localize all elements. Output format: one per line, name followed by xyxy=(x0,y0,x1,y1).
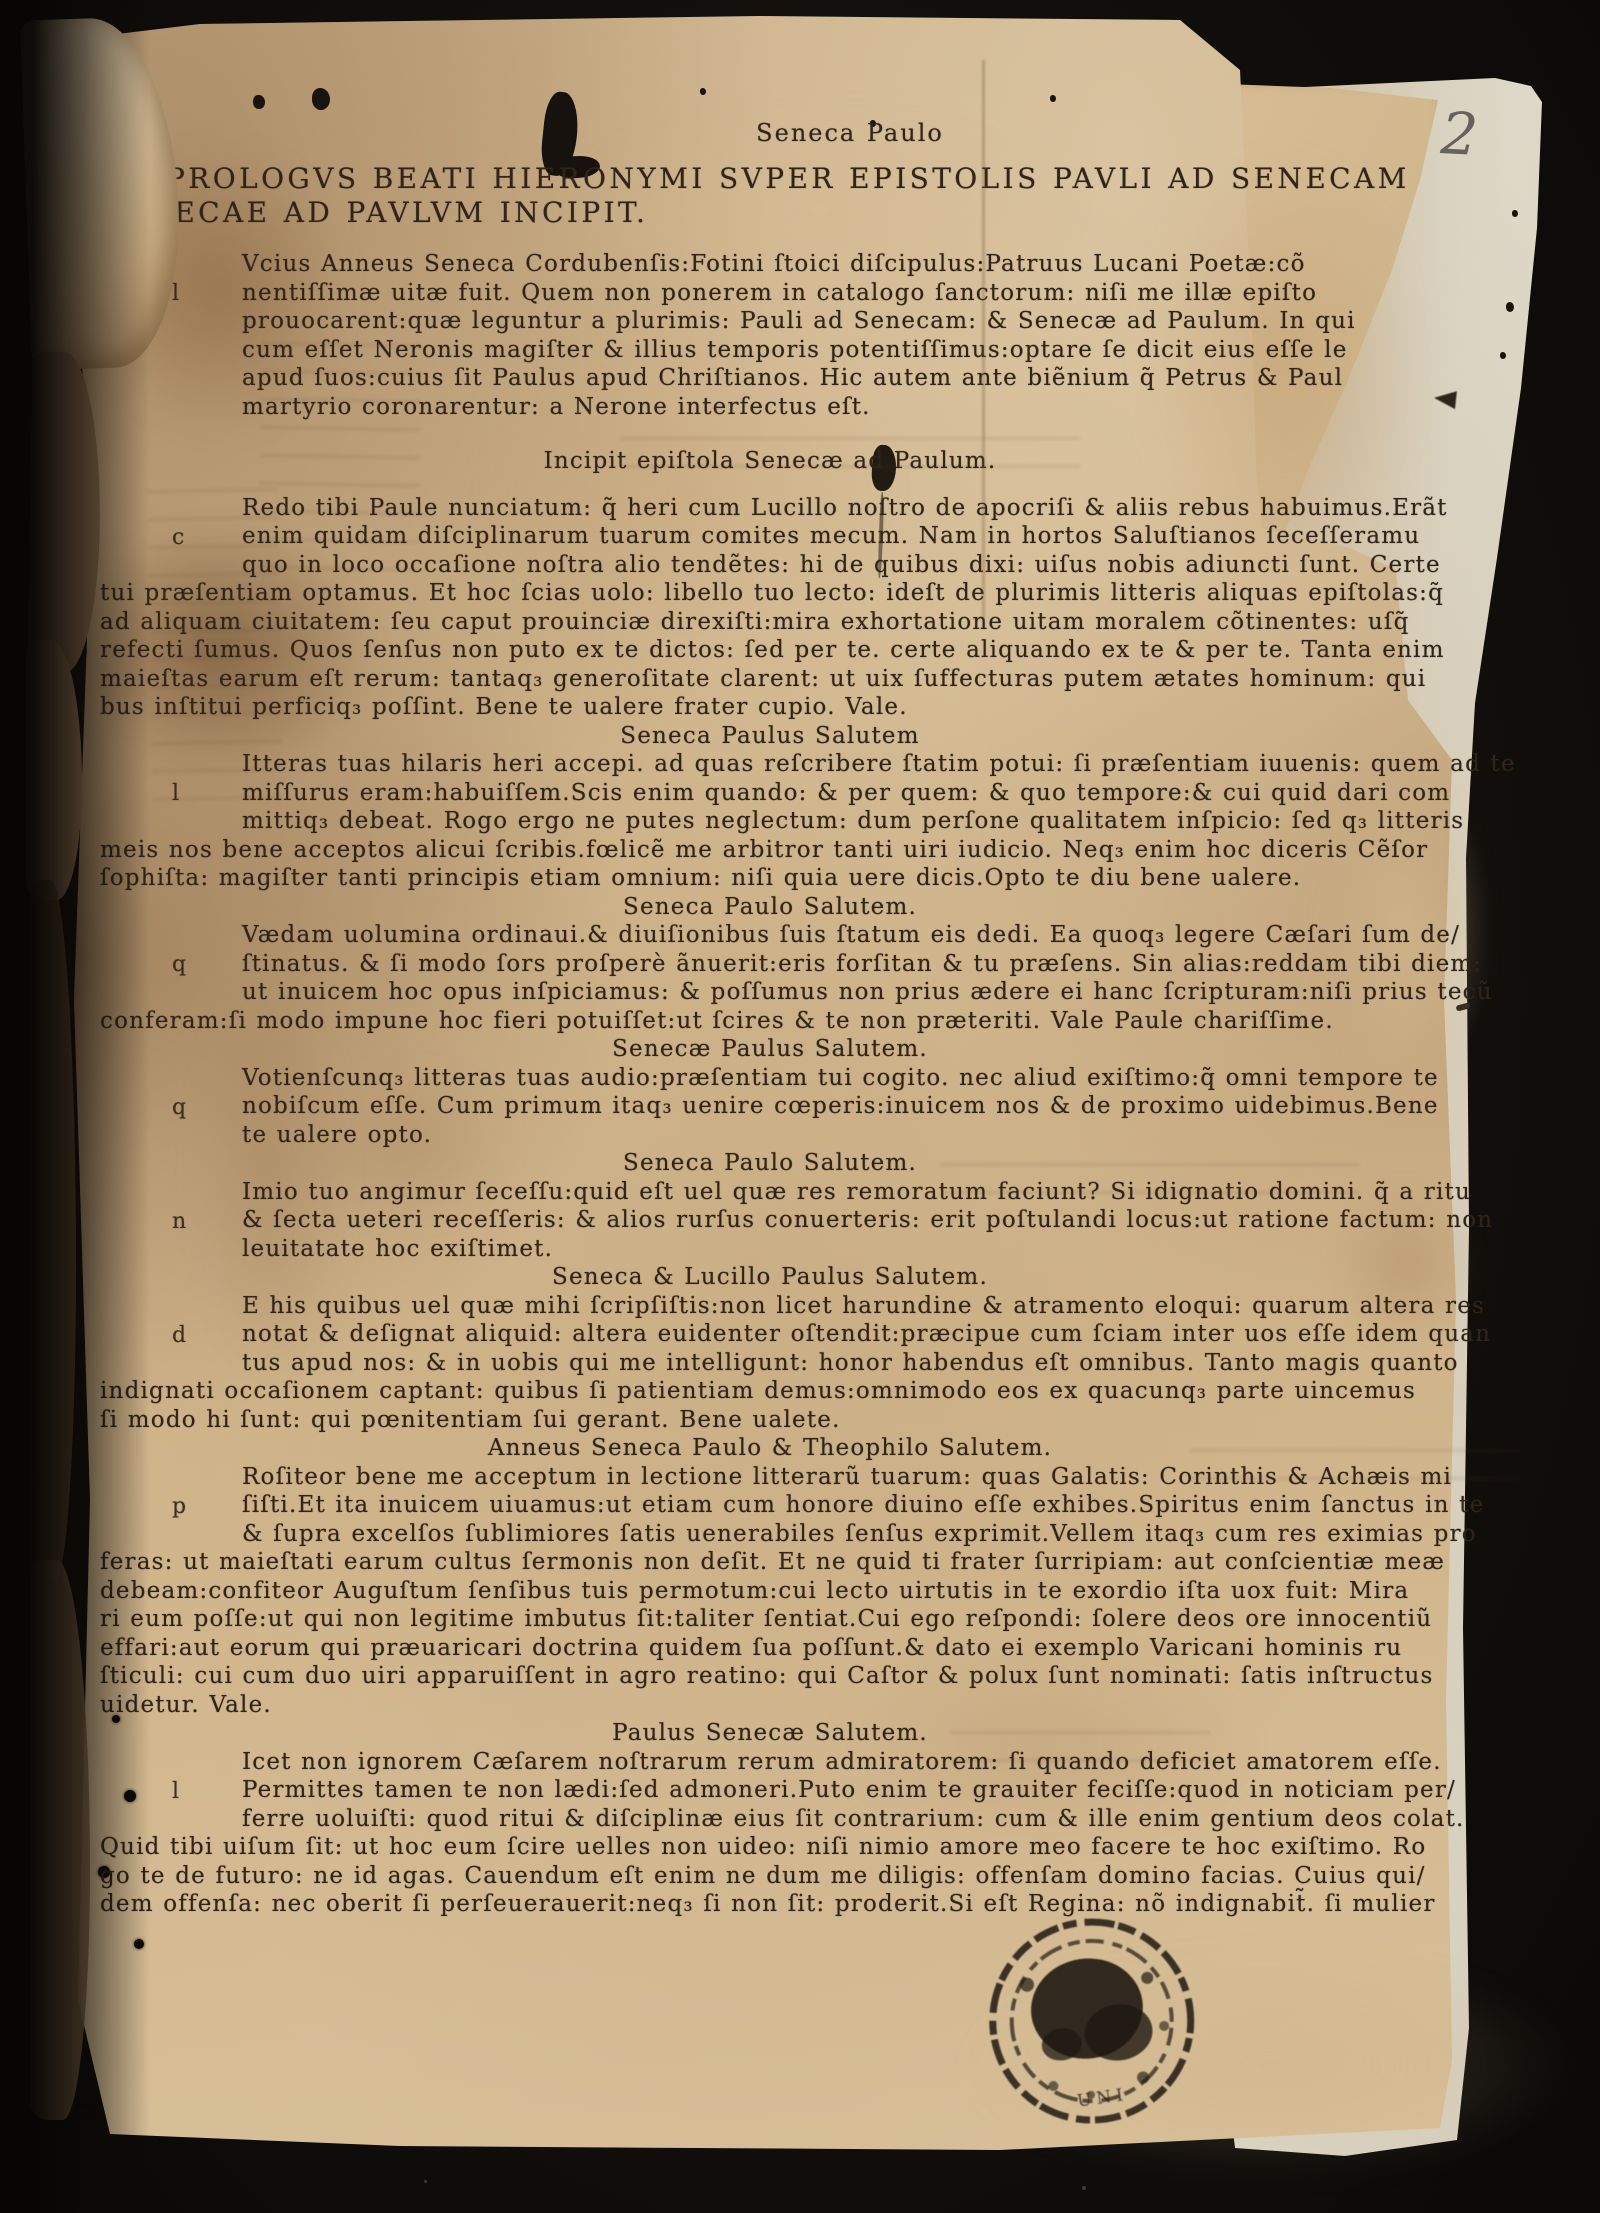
section-heading: Seneca Paulo Salutem. xyxy=(100,893,1440,922)
text-line: go te de futuro: ne id agas. Cauendum eſ… xyxy=(100,1862,1440,1891)
text-block: Seneca Paulo PROLOGVS BEATI HIERONYMI SV… xyxy=(100,118,1440,1919)
text-line: Quid tibi uiſum ſit: ut hoc eum ſcire ue… xyxy=(100,1833,1440,1862)
text-line: meis nos bene acceptos alicui ſcribis.fœ… xyxy=(100,836,1440,865)
section-heading: Seneca & Lucillo Paulus Salutem. xyxy=(100,1263,1440,1292)
guide-letter: p xyxy=(172,1493,187,1522)
text-line: miſſurus eram:habuiſſem.Scis enim quando… xyxy=(242,779,1440,808)
text-line: nobiſcum eſſe. Cum primum itaq₃ uenire c… xyxy=(242,1092,1440,1121)
text-line: nentiſſimæ uitæ fuit. Quem non ponerem i… xyxy=(242,279,1440,308)
text-line: mittiq₃ debeat. Rogo ergo ne putes negle… xyxy=(242,807,1440,836)
guide-letter: q xyxy=(172,951,187,980)
guide-letter: c xyxy=(172,524,186,553)
prologue-title: PROLOGVS BEATI HIERONYMI SVPER EPISTOLIS… xyxy=(100,162,1440,230)
worm-hole xyxy=(80,2106,90,2116)
guide-letter: q xyxy=(172,1094,187,1123)
text-line: prouocarent:quæ leguntur a plurimis: Pau… xyxy=(242,307,1440,336)
ink-speck xyxy=(253,95,265,109)
text-line: ut inuicem hoc opus inſpiciamus: & poſſu… xyxy=(242,978,1440,1007)
guide-letter: n xyxy=(172,1208,187,1237)
text-line: conferam:ſi modo impune hoc fieri potuiſ… xyxy=(100,1007,1440,1036)
text-line: leuitatate hoc exiſtimet. xyxy=(242,1235,1440,1264)
paragraph: qVædam uolumina ordinaui.& diuiſionibus … xyxy=(100,921,1440,1035)
section-heading: Incipit epiſtola Senecæ ad Paulum. xyxy=(100,447,1440,476)
library-ink-stamp: UNI xyxy=(971,1902,1213,2144)
text-line: Votienſcunq₃ litteras tuas audio:præſent… xyxy=(242,1064,1440,1093)
paragraph: cRedo tibi Paule nunciatum: q̃ heri cum … xyxy=(100,494,1440,722)
section-heading: Seneca Paulo Salutem. xyxy=(100,1149,1440,1178)
text-line: Vcius Anneus Seneca Cordubenſis:Fotini ſ… xyxy=(242,250,1440,279)
manuscript-scan: 2 Seneca Paulo PROLOGVS BEATI HIERONYMI … xyxy=(0,0,1600,2213)
ink-speck xyxy=(312,88,330,110)
text-line: dem offenſa: nec oberit ſi perſeueraueri… xyxy=(100,1890,1440,1919)
section-heading: Senecæ Paulus Salutem. xyxy=(100,1035,1440,1064)
ink-speck xyxy=(1512,210,1518,217)
text-line: cum eſſet Neronis magiſter & illius temp… xyxy=(242,336,1440,365)
paragraph: lVcius Anneus Seneca Cordubenſis:Fotini … xyxy=(100,250,1440,421)
paragraph: qVotienſcunq₃ litteras tuas audio:præſen… xyxy=(100,1064,1440,1150)
section-heading: Seneca Paulus Salutem xyxy=(100,722,1440,751)
text-line: effari:aut eorum qui præuaricari doctrin… xyxy=(100,1634,1440,1663)
paragraph: dE his quibus uel quæ mihi ſcripſiſtis:n… xyxy=(100,1292,1440,1435)
text-line: enim quidam diſciplinarum tuarum comites… xyxy=(242,522,1440,551)
text-line: ſtinatus. & ſi modo ſors proſperè ãnueri… xyxy=(242,950,1440,979)
text-line: Redo tibi Paule nunciatum: q̃ heri cum L… xyxy=(242,494,1440,523)
text-line: E his quibus uel quæ mihi ſcripſiſtis:no… xyxy=(242,1292,1440,1321)
section-heading: Anneus Seneca Paulo & Theophilo Salutem. xyxy=(100,1434,1440,1463)
text-line: Vædam uolumina ordinaui.& diuiſionibus ſ… xyxy=(242,921,1440,950)
paragraph: pRoſiteor bene me acceptum in lectione l… xyxy=(100,1463,1440,1720)
text-line: quo in loco occaſione noſtra alio tendẽt… xyxy=(242,551,1440,580)
text-line: debeam:confiteor Auguſtum ſenſibus tuis … xyxy=(100,1577,1440,1606)
worm-hole xyxy=(134,1939,144,1949)
text-line: indignati occaſionem captant: quibus ſi … xyxy=(100,1377,1440,1406)
guide-letter: l xyxy=(172,1778,180,1807)
ink-speck xyxy=(700,88,706,95)
text-line: ri eum poſſe:ut qui non legitime imbutus… xyxy=(100,1605,1440,1634)
text-line: Itteras tuas hilaris heri accepi. ad qua… xyxy=(242,750,1440,779)
text-line: apud ſuos:cuius ſit Paulus apud Chriſtia… xyxy=(242,364,1440,393)
prologue-title-line2: SENECAE AD PAVLVM INCIPIT. xyxy=(100,196,1440,230)
dust-speck xyxy=(1082,2186,1086,2190)
guide-letter: d xyxy=(172,1322,187,1351)
text-line: ferre uoluiſti: quod ritui & diſciplinæ … xyxy=(242,1805,1440,1834)
text-line: bus inſtitui perficiq₃ poſſint. Bene te … xyxy=(100,693,1440,722)
text-line: maieſtas earum eſt rerum: tantaq₃ genero… xyxy=(100,665,1440,694)
prologue-title-line1: PROLOGVS BEATI HIERONYMI SVPER EPISTOLIS… xyxy=(100,162,1440,196)
worm-hole xyxy=(62,2120,70,2128)
text-line: te ualere opto. xyxy=(242,1121,1440,1150)
ink-speck xyxy=(1050,95,1056,102)
text-line: martyrio coronarentur: a Nerone interfec… xyxy=(242,393,1440,422)
text-line: feras: ut maieſtati earum cultus ſermoni… xyxy=(100,1548,1440,1577)
paragraph: nImio tuo angimur ſeceſſu:quid eſt uel q… xyxy=(100,1178,1440,1264)
gutter-paper-strip xyxy=(26,640,82,900)
stamp-text: UNI xyxy=(1076,2085,1129,2112)
paragraph: lItteras tuas hilaris heri accepi. ad qu… xyxy=(100,750,1440,893)
folio-number: 2 xyxy=(1439,99,1479,169)
text-line: ad aliquam ciuitatem: ſeu caput prouinci… xyxy=(100,608,1440,637)
text-line: uidetur. Vale. xyxy=(100,1691,1440,1720)
text-line: tui præſentiam optamus. Et hoc ſcias uol… xyxy=(100,579,1440,608)
text-line: notat & deſignat aliquid: altera euident… xyxy=(242,1320,1440,1349)
running-head: Seneca Paulo xyxy=(100,118,1440,148)
text-line: tus apud nos: & in uobis qui me intellig… xyxy=(242,1349,1440,1378)
dust-speck xyxy=(424,2180,427,2183)
guide-letter: l xyxy=(172,780,180,809)
ink-speck xyxy=(1500,352,1506,359)
ink-speck xyxy=(1506,302,1514,312)
text-line: Icet non ignorem Cæſarem noſtrarum rerum… xyxy=(242,1748,1440,1777)
paragraph: lIcet non ignorem Cæſarem noſtrarum reru… xyxy=(100,1748,1440,1919)
text-line: ſi modo hi ſunt: qui pœnitentiam ſui ger… xyxy=(100,1406,1440,1435)
text-line: Permittes tamen te non lædi:ſed admoneri… xyxy=(242,1776,1440,1805)
guide-letter: l xyxy=(172,280,180,309)
text-sections: lVcius Anneus Seneca Cordubenſis:Fotini … xyxy=(100,250,1440,1919)
gutter-paper-strip xyxy=(30,1560,90,2120)
text-line: ſiſti.Et ita inuicem uiuamus:ut etiam cu… xyxy=(242,1491,1440,1520)
text-line: & ſecta ueteri receſſeris: & alios rurſu… xyxy=(242,1206,1440,1235)
text-line: ſophiſta: magiſter tanti principis etiam… xyxy=(100,864,1440,893)
text-line: ſticuli: cui cum duo uiri apparuiſſent i… xyxy=(100,1662,1440,1691)
gutter-paper-strip xyxy=(30,880,76,1580)
section-heading: Paulus Senecæ Salutem. xyxy=(100,1719,1440,1748)
text-line: refecti ſumus. Quos ſenſus non puto ex t… xyxy=(100,636,1440,665)
text-line: Roſiteor bene me acceptum in lectione li… xyxy=(242,1463,1440,1492)
margin-pointer-mark xyxy=(1433,389,1457,409)
text-line: & ſupra excelſos ſublimiores ſatis uener… xyxy=(242,1520,1440,1549)
paper-crease xyxy=(982,60,985,620)
text-line: Imio tuo angimur ſeceſſu:quid eſt uel qu… xyxy=(242,1178,1440,1207)
